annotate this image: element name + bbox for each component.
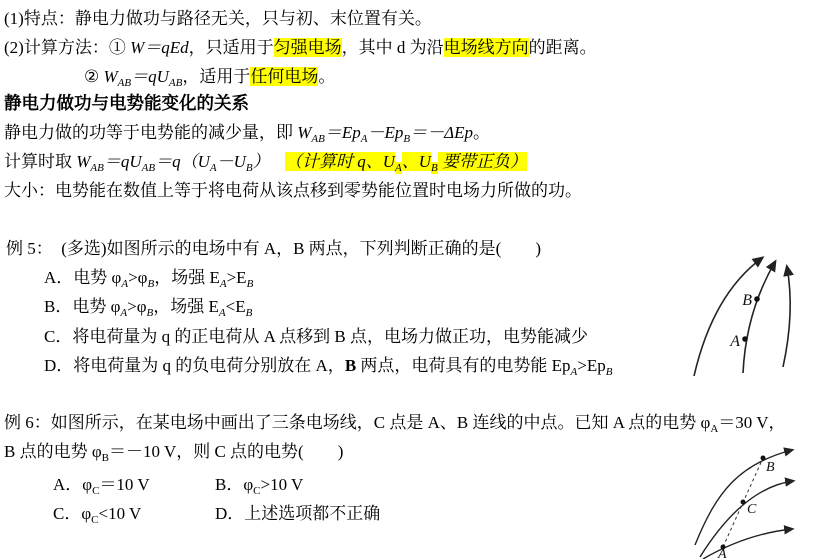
text-segment: ，适用于 [182,67,250,86]
text-segment: B [606,366,613,378]
text-segment: 任何电场 [250,67,318,86]
point-c-marker [741,500,746,505]
note-calc-method-1: (2)计算方法：① W＝qEd，只适用于匀强电场，其中 d 为沿电场线方向的距离… [4,37,597,58]
text-segment: A [210,162,217,174]
text-segment: U [157,67,169,86]
text-segment: ② [84,67,104,86]
point-a-label: A [729,333,740,350]
text-segment: ＝－ΔEp [410,123,473,142]
physics-notes-page: { "colors": { "highlight": "#ffff00", "t… [0,0,816,559]
text-segment: ＝q [131,67,157,86]
text-segment: 匀强电场 [274,38,342,57]
text-segment: (1)特点：静电力做功与路径无关，只与初、末位置有关。 [4,9,432,28]
point-a-marker [742,336,748,342]
text-segment: ，场强 E [153,297,219,316]
text-segment: >φ [128,268,147,287]
point-a-label: A [717,547,727,559]
text-segment: B [246,162,253,174]
field-line [700,481,793,557]
text-segment: － [217,152,234,171]
text-segment: B [431,162,438,174]
text-segment: 例 5： (多选)如图所示的电场中有 A，B 两点，下列判断正确的是( ) [6,239,541,258]
text-segment: 计算时取 [4,152,76,171]
text-segment: ＝30 V， [718,413,785,432]
note-calc-take: 计算时取 WAB＝qUAB＝q（UA－UB） [4,151,270,179]
text-segment: C．φ [53,504,91,523]
field-line [783,267,790,367]
text-segment: ，其中 d 为沿 [342,38,444,57]
point-c-label: C [747,502,757,517]
text-segment: <10 V [99,504,142,523]
ex5-option-d: D．将电荷量为 q 的负电荷分别放在 A，B 两点，电荷具有的电势能 EpA>E… [44,355,613,383]
ex5-stem: 例 5： (多选)如图所示的电场中有 A，B 两点，下列判断正确的是( ) [6,238,541,259]
ex6-stem-line1: 例 6：如图所示，在某电场中画出了三条电场线，C 点是 A、B 连线的中点。已知… [4,412,786,440]
ex6-option-b: B．φC>10 V [215,474,303,502]
text-segment: >E [227,268,247,287]
text-segment: U [198,152,210,171]
text-segment: <E [226,297,246,316]
text-segment: AB [311,133,324,145]
text-segment: 静电力做功与电势能变化的关系 [4,94,249,114]
text-segment: B．电势 φ [44,297,120,316]
text-segment: B．φ [215,475,253,494]
note-calc-method-2: ② WAB＝qUAB，适用于任何电场。 [84,66,335,94]
text-segment: B [247,278,254,290]
text-segment: A [361,133,368,145]
text-segment: A [395,162,402,174]
text-segment: ＝－10 V，则 C 点的电势( ) [109,442,343,461]
ex5-field-diagram: A B [686,246,808,382]
text-segment: 电场线方向 [444,38,529,57]
ex5-option-a: A．电势 φA>φB，场强 EA>EB [44,267,253,295]
text-segment: >Ep [577,356,605,375]
text-segment: (2)计算方法：① [4,38,130,57]
text-segment: 大小：电势能在数值上等于将电荷从该点移到零势能位置时电场力所做的功。 [4,181,582,200]
text-segment: W [104,67,118,86]
text-segment: ＝q [155,152,181,171]
text-segment: AB [169,77,182,89]
text-segment: AB [142,162,155,174]
text-segment: ，只适用于 [189,38,274,57]
ex6-stem-line2: B 点的电势 φB＝－10 V，则 C 点的电势( ) [4,441,343,469]
text-segment: ＝q [104,152,130,171]
text-segment: C [91,514,98,526]
text-segment: B [246,307,253,319]
ex5-option-c: C．将电荷量为 q 的正电荷从 A 点移到 B 点，电场力做正功，电势能减少 [44,326,588,347]
text-segment: ＝ [325,123,342,142]
note-magnitude: 大小：电势能在数值上等于将电荷从该点移到零势能位置时电场力所做的功。 [4,180,582,201]
text-segment: AB [90,162,103,174]
text-segment: A．φ [53,475,92,494]
text-segment: >10 V [261,475,304,494]
field-line [743,262,775,373]
text-segment: B [102,452,109,464]
text-segment: A．电势 φ [44,268,121,287]
text-segment: D．将电荷量为 q 的负电荷分别放在 A， [44,356,345,375]
section-heading: 静电力做功与电势能变化的关系 [4,94,249,115]
point-b-marker [754,296,760,302]
text-segment: 、U [402,152,431,171]
ex6-option-a: A．φC＝10 V [53,474,150,502]
text-segment: C．将电荷量为 q 的正电荷从 A 点移到 B 点，电场力做正功，电势能减少 [44,327,588,346]
note-sign-warning: （计算时 q、UA、UB 要带正负） [285,151,527,179]
text-segment: 两点，电荷具有的电势能 Ep [356,356,570,375]
text-segment: 静电力做的功等于电势能的减少量，即 [4,123,297,142]
ex6-option-d: D．上述选项都不正确 [215,503,380,524]
ex6-option-c: C．φC<10 V [53,503,141,531]
text-segment: 要带正负） [438,152,527,171]
text-segment: W [76,152,90,171]
note-point1: (1)特点：静电力做功与路径无关，只与初、末位置有关。 [4,8,432,29]
text-segment: （计算时 q、U [285,152,395,171]
text-segment: D．上述选项都不正确 [215,504,380,523]
text-segment: 的距离。 [529,38,597,57]
text-segment: Ep [385,123,404,142]
text-segment: ） [253,152,270,171]
text-segment: ，场强 E [154,268,220,287]
text-segment: B [345,356,356,375]
note-work-energy: 静电力做的功等于电势能的减少量，即 WAB＝EpA－EpB＝－ΔEp。 [4,122,490,150]
text-segment: U [129,152,141,171]
point-b-label: B [766,460,775,475]
text-segment: 。 [318,67,335,86]
text-segment: 例 6：如图所示，在某电场中画出了三条电场线，C 点是 A、B 连线的中点。已知… [4,413,710,432]
text-segment: 。 [473,123,490,142]
text-segment: C [253,485,260,497]
text-segment: >φ [127,297,146,316]
text-segment: AB [118,77,131,89]
text-segment: ＝10 V [99,475,149,494]
ex5-option-b: B．电势 φA>φB，场强 EA<EB [44,296,252,324]
text-segment: （ [181,152,198,171]
text-segment: Ep [342,123,361,142]
text-segment: A [220,278,227,290]
point-b-marker [761,456,766,461]
text-segment: W＝qEd [130,38,189,57]
ex6-field-diagram: B C A [686,438,816,559]
text-segment: W [297,123,311,142]
text-segment: － [368,123,385,142]
text-segment: U [234,152,246,171]
text-segment: A [219,307,226,319]
text-segment: B 点的电势 φ [4,442,102,461]
point-b-label: B [742,292,752,309]
